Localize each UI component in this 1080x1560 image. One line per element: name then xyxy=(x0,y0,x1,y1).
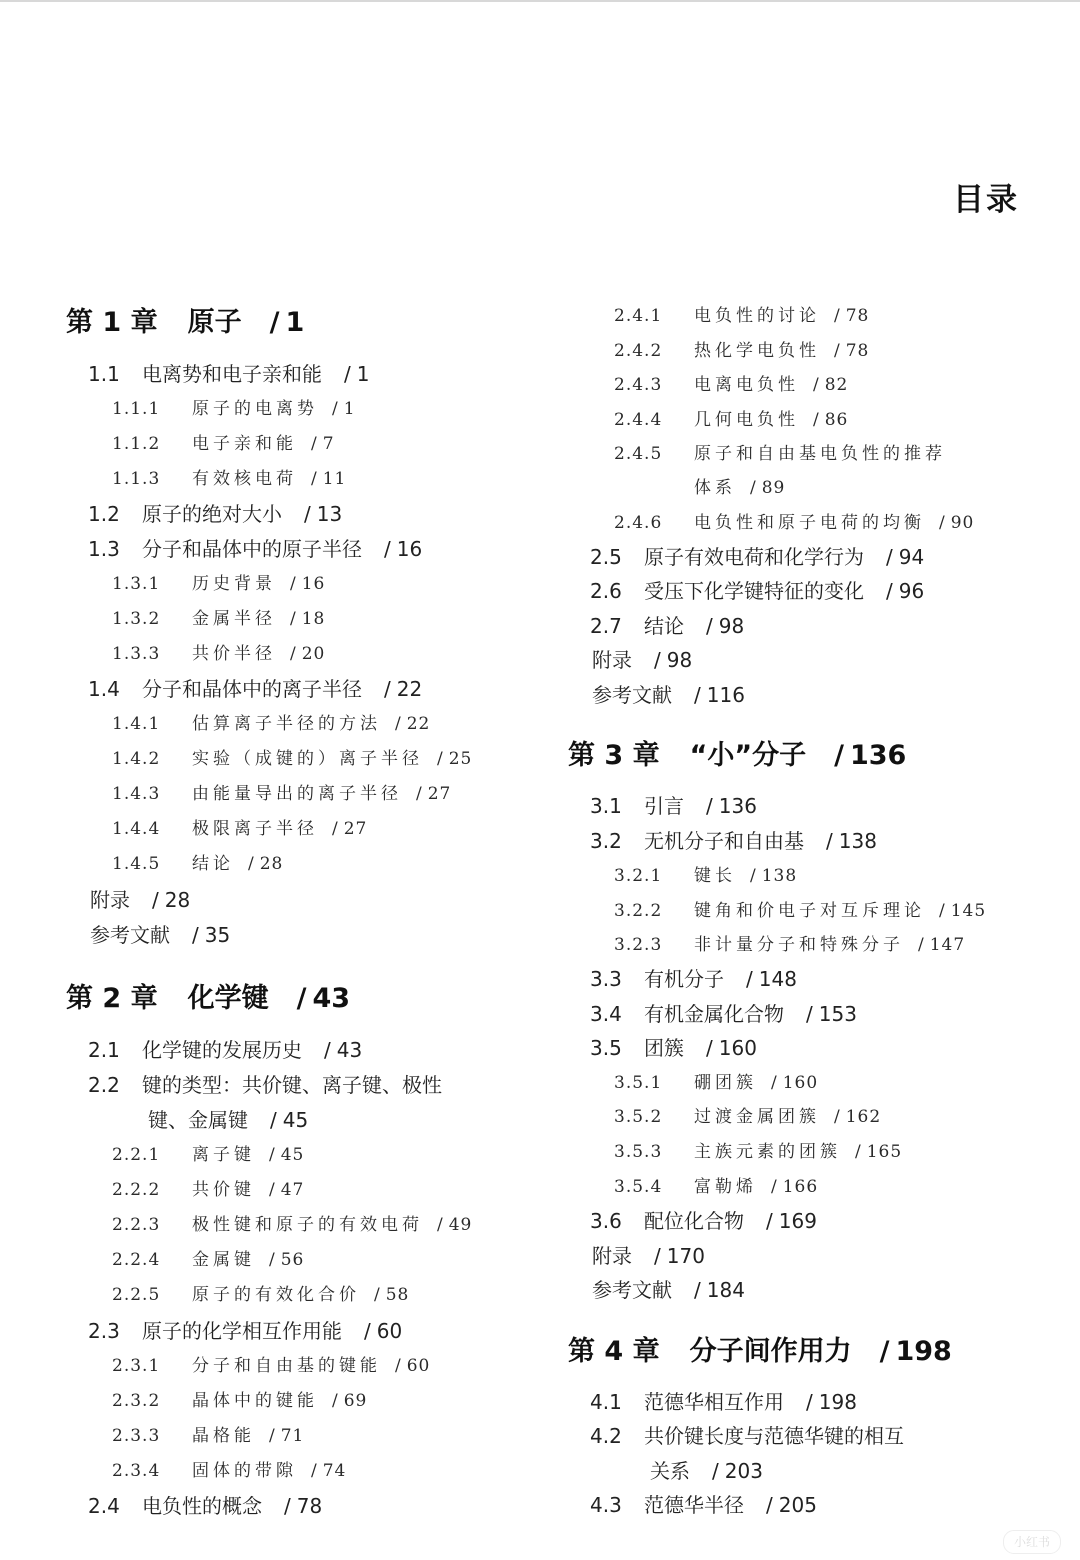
toc-entry-sub: 2.4.4几何电负性/86 xyxy=(614,405,848,430)
toc-entry-number: 3.2.1 xyxy=(614,866,694,886)
page-separator: / xyxy=(746,967,753,991)
toc-entry-title: 引言 xyxy=(644,790,684,819)
toc-entry-number: 2.4.6 xyxy=(614,513,694,533)
page-separator: / xyxy=(654,1244,661,1268)
toc-entry-subcont: 体系/89 xyxy=(694,473,785,498)
toc-entry-number: 3.2.3 xyxy=(614,935,694,955)
toc-entry-title: 共价键长度与范德华键的相互 xyxy=(644,1420,904,1449)
toc-entry-page: 78 xyxy=(846,306,870,326)
toc-entry-page: 98 xyxy=(719,614,744,638)
toc-entry-number: 3.6 xyxy=(590,1209,644,1233)
toc-entry-title: 附录 xyxy=(592,1240,632,1269)
toc-entry-page: 198 xyxy=(895,1336,951,1367)
toc-entry-number: 第 4 章 xyxy=(568,1329,660,1368)
toc-entry-title: 热化学电负性 xyxy=(694,336,820,361)
toc-entry-title: 电离电负性 xyxy=(694,370,799,395)
toc-entry-page: 205 xyxy=(779,1493,817,1517)
toc-entry-page: 166 xyxy=(783,1177,818,1197)
page-separator: / xyxy=(712,1459,719,1483)
toc-entry-title: 键长 xyxy=(694,861,736,886)
toc-entry-title: 有机金属化合物 xyxy=(644,998,784,1027)
toc-entry-page: 160 xyxy=(783,1073,818,1093)
toc-entry-sub: 3.2.2键角和价电子对互斥理论/145 xyxy=(614,896,986,921)
page-separator: / xyxy=(886,545,893,569)
toc-entry-number: 2.4.3 xyxy=(614,375,694,395)
toc-entry-section: 3.5团簇/160 xyxy=(590,1032,757,1061)
toc-entry-title: 富勒烯 xyxy=(694,1172,757,1197)
toc-entry-section: 4.2共价键长度与范德华键的相互 xyxy=(590,1420,904,1449)
toc-entry-page: 96 xyxy=(899,579,924,603)
toc-entry-number: 2.4.4 xyxy=(614,410,694,430)
page-separator: / xyxy=(750,866,756,886)
toc-entry-page: 169 xyxy=(779,1209,817,1233)
toc-entry-section: 3.4有机金属化合物/153 xyxy=(590,998,857,1027)
toc-entry-page: 160 xyxy=(719,1036,757,1060)
toc-entry-title: 无机分子和自由基 xyxy=(644,825,804,854)
toc-entry-sub: 3.5.4富勒烯/166 xyxy=(614,1172,818,1197)
toc-entry-title: 主族元素的团簇 xyxy=(694,1137,841,1162)
toc-entry-page: 145 xyxy=(951,901,986,921)
toc-entry-number: 3.1 xyxy=(590,794,644,818)
toc-entry-title: 范德华半径 xyxy=(644,1489,744,1518)
toc-entry-number: 2.4.5 xyxy=(614,444,694,464)
toc-entry-section: 3.2无机分子和自由基/138 xyxy=(590,825,877,854)
toc-entry-section: 2.5原子有效电荷和化学行为/94 xyxy=(590,541,924,570)
page-separator: / xyxy=(766,1209,773,1233)
page-separator: / xyxy=(771,1073,777,1093)
toc-entry-sub: 3.2.1键长/138 xyxy=(614,861,797,886)
toc-entry-title: 键角和价电子对互斥理论 xyxy=(694,896,925,921)
page-separator: / xyxy=(855,1142,861,1162)
toc-entry-title: 团簇 xyxy=(644,1032,684,1061)
toc-entry-number: 第 3 章 xyxy=(568,733,660,772)
toc-entry-number: 4.3 xyxy=(590,1493,644,1517)
toc-entry-number: 3.5 xyxy=(590,1036,644,1060)
page-separator: / xyxy=(939,513,945,533)
toc-entry-number: 2.5 xyxy=(590,545,644,569)
page-separator: / xyxy=(766,1493,773,1517)
page-separator: / xyxy=(918,935,924,955)
page-separator: / xyxy=(706,614,713,638)
toc-entry-title: “小”分子 xyxy=(690,733,807,772)
page-separator: / xyxy=(826,829,833,853)
toc-entry-title: 附录 xyxy=(592,644,632,673)
toc-entry-title: 结论 xyxy=(644,610,684,639)
toc-entry-title: 配位化合物 xyxy=(644,1205,744,1234)
toc-entry-title: 原子有效电荷和化学行为 xyxy=(644,541,864,570)
page-separator: / xyxy=(834,341,840,361)
toc-entry-sub: 2.4.3电离电负性/82 xyxy=(614,370,848,395)
toc-entry-section: 2.6受压下化学键特征的变化/96 xyxy=(590,575,924,604)
toc-entry-page: 94 xyxy=(899,545,924,569)
toc-entry-number: 4.2 xyxy=(590,1424,644,1448)
toc-entry-page: 136 xyxy=(719,794,757,818)
toc-entry-title: 有机分子 xyxy=(644,963,724,992)
toc-entry-sub: 2.4.1电负性的讨论/78 xyxy=(614,301,869,326)
toc-entry-title: 过渡金属团簇 xyxy=(694,1102,820,1127)
toc-entry-chapter: 第 3 章“小”分子/136 xyxy=(568,733,906,772)
toc-entry-title: 分子间作用力 xyxy=(690,1329,852,1368)
page-separator: / xyxy=(813,410,819,430)
toc-entry-number: 3.5.2 xyxy=(614,1107,694,1127)
page-separator: / xyxy=(834,1107,840,1127)
toc-entry-section: 4.3范德华半径/205 xyxy=(590,1489,817,1518)
toc-entry-page: 138 xyxy=(839,829,877,853)
page-separator: / xyxy=(654,648,661,672)
toc-entry-number: 3.5.1 xyxy=(614,1073,694,1093)
page-separator: / xyxy=(806,1390,813,1414)
toc-entry-page: 82 xyxy=(825,375,849,395)
page-separator: / xyxy=(694,1278,701,1302)
page-separator: / xyxy=(694,683,701,707)
toc-entry-page: 170 xyxy=(667,1244,705,1268)
toc-entry-section: 3.3有机分子/148 xyxy=(590,963,797,992)
page-separator: / xyxy=(771,1177,777,1197)
toc-entry-page: 90 xyxy=(951,513,975,533)
watermark: 小红书 xyxy=(1003,1530,1061,1554)
page-separator: / xyxy=(706,1036,713,1060)
toc-entry-sub: 3.2.3非计量分子和特殊分子/147 xyxy=(614,930,965,955)
toc-entry-title: 受压下化学键特征的变化 xyxy=(644,575,864,604)
toc-entry-number: 3.5.3 xyxy=(614,1142,694,1162)
toc-entry-misc: 附录/98 xyxy=(592,644,692,673)
toc-entry-misc: 参考文献/184 xyxy=(592,1274,745,1303)
toc-entry-number: 3.3 xyxy=(590,967,644,991)
toc-entry-title: 原子和自由基电负性的推荐 xyxy=(694,439,946,464)
toc-entry-page: 98 xyxy=(667,648,692,672)
toc-entry-sub: 2.4.5原子和自由基电负性的推荐 xyxy=(614,439,946,464)
page-separator: / xyxy=(939,901,945,921)
toc-entry-number: 2.6 xyxy=(590,579,644,603)
toc-entry-title: 几何电负性 xyxy=(694,405,799,430)
toc-entry-page: 148 xyxy=(759,967,797,991)
page-separator: / xyxy=(886,579,893,603)
toc-entry-misc: 附录/170 xyxy=(592,1240,705,1269)
toc-entry-page: 78 xyxy=(846,341,870,361)
toc-entry-page: 153 xyxy=(819,1002,857,1026)
toc-entry-chapter: 第 4 章分子间作用力/198 xyxy=(568,1329,952,1368)
page-separator: / xyxy=(806,1002,813,1026)
toc-entry-sub: 2.4.2热化学电负性/78 xyxy=(614,336,869,361)
toc-entry-page: 184 xyxy=(707,1278,745,1302)
page-separator: / xyxy=(834,306,840,326)
toc-entry-misc: 参考文献/116 xyxy=(592,679,745,708)
toc-entry-page: 116 xyxy=(707,683,745,707)
toc-entry-page: 203 xyxy=(725,1459,763,1483)
toc-entry-section: 2.7结论/98 xyxy=(590,610,744,639)
page-separator: / xyxy=(750,478,756,498)
page-separator: / xyxy=(880,1336,890,1367)
toc-entry-page: 138 xyxy=(762,866,797,886)
toc-entry-number: 2.7 xyxy=(590,614,644,638)
toc-entry-sub: 3.5.3主族元素的团簇/165 xyxy=(614,1137,902,1162)
toc-entry-number: 2.4.1 xyxy=(614,306,694,326)
toc-entry-number: 2.4.2 xyxy=(614,341,694,361)
toc-entry-title: 电负性的讨论 xyxy=(694,301,820,326)
toc-entry-page: 89 xyxy=(762,478,786,498)
toc-entry-title: 硼团簇 xyxy=(694,1068,757,1093)
toc-entry-number: 3.4 xyxy=(590,1002,644,1026)
toc-entry-section: 4.1范德华相互作用/198 xyxy=(590,1386,857,1415)
toc-entry-page: 198 xyxy=(819,1390,857,1414)
toc-entry-number: 3.2.2 xyxy=(614,901,694,921)
toc-entry-title: 范德华相互作用 xyxy=(644,1386,784,1415)
toc-entry-section: 3.1引言/136 xyxy=(590,790,757,819)
toc-entry-number: 3.2 xyxy=(590,829,644,853)
toc-entry-page: 147 xyxy=(930,935,965,955)
toc-entry-title: 电负性和原子电荷的均衡 xyxy=(694,508,925,533)
toc-entry-title: 参考文献 xyxy=(592,679,672,708)
toc-entry-title: 体系 xyxy=(694,473,736,498)
toc-entry-page: 165 xyxy=(867,1142,902,1162)
page-separator: / xyxy=(813,375,819,395)
toc-entry-page: 86 xyxy=(825,410,849,430)
toc-entry-sub: 3.5.2过渡金属团簇/162 xyxy=(614,1102,881,1127)
page-separator: / xyxy=(706,794,713,818)
toc-entry-page: 136 xyxy=(850,740,906,771)
toc-entry-page: 162 xyxy=(846,1107,881,1127)
toc-entry-sub: 3.5.1硼团簇/160 xyxy=(614,1068,818,1093)
toc-entry-number: 4.1 xyxy=(590,1390,644,1414)
toc-entry-title: 参考文献 xyxy=(592,1274,672,1303)
toc-entry-sub: 2.4.6电负性和原子电荷的均衡/90 xyxy=(614,508,974,533)
toc-entry-title: 关系 xyxy=(650,1455,690,1484)
toc-right-column: 2.4.1电负性的讨论/782.4.2热化学电负性/782.4.3电离电负性/8… xyxy=(0,0,1080,1560)
toc-entry-title: 非计量分子和特殊分子 xyxy=(694,930,904,955)
page-separator: / xyxy=(834,740,844,771)
toc-entry-number: 3.5.4 xyxy=(614,1177,694,1197)
toc-entry-cont: 关系/203 xyxy=(650,1455,763,1484)
toc-entry-section: 3.6配位化合物/169 xyxy=(590,1205,817,1234)
